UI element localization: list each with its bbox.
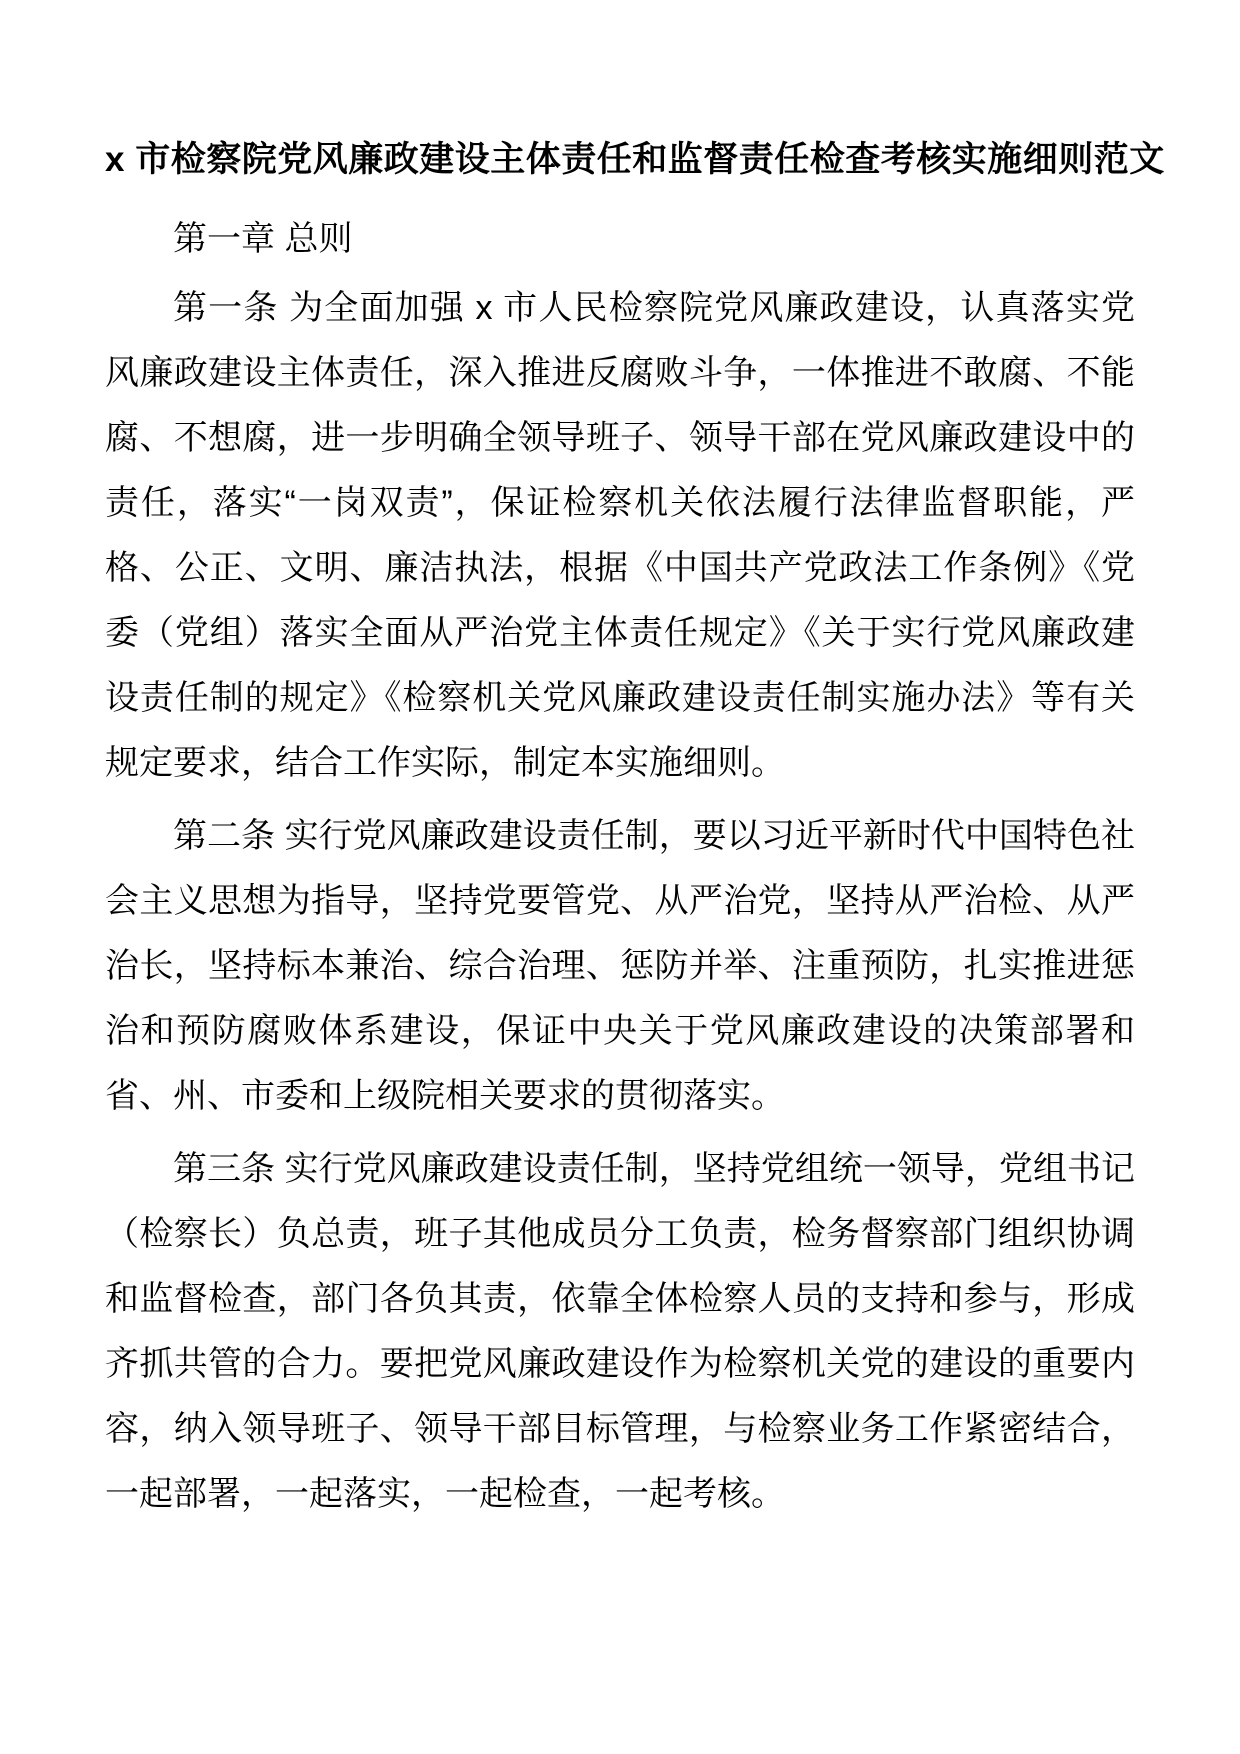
paragraph-article-3: 第三条 实行党风廉政建设责任制，坚持党组统一领导，党组书记（检察长）负总责，班子… — [105, 1137, 1135, 1527]
paragraph-article-2: 第二条 实行党风廉政建设责任制，要以习近平新时代中国特色社会主义思想为指导，坚持… — [105, 804, 1135, 1129]
paragraph-article-1: 第一条 为全面加强 x 市人民检察院党风廉政建设，认真落实党风廉政建设主体责任，… — [105, 276, 1135, 796]
chapter-heading: 第一章 总则 — [105, 207, 1135, 272]
document-title: x 市检察院党风廉政建设主体责任和监督责任检查考核实施细则范文 — [105, 125, 1135, 195]
document-page: x 市检察院党风廉政建设主体责任和监督责任检查考核实施细则范文 第一章 总则 第… — [0, 0, 1240, 1754]
